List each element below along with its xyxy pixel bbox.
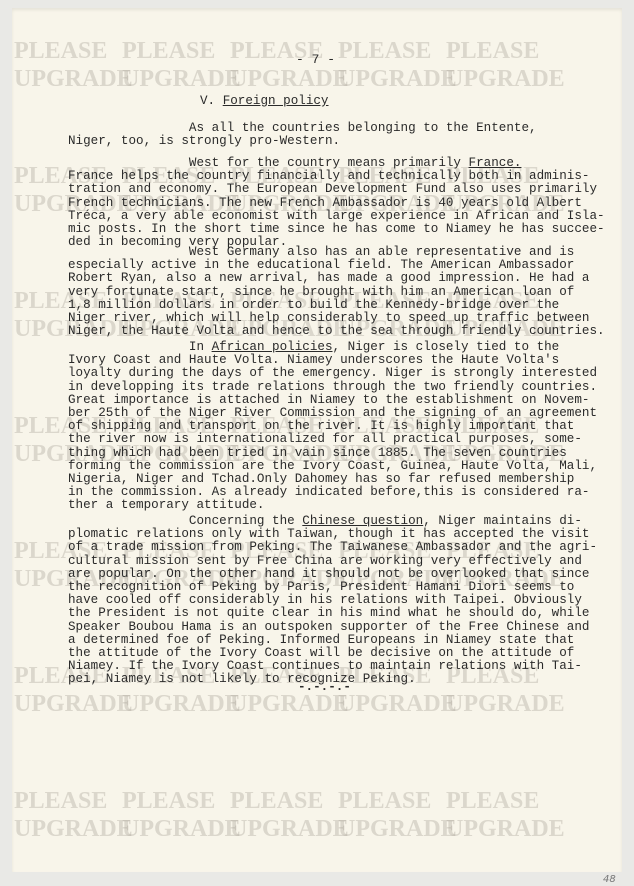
- paragraph-germany-usa: West Germany also has an able representa…: [68, 246, 628, 338]
- text-line: Speaker Boubou Hama is an outspoken supp…: [68, 621, 628, 634]
- text-segment: In: [68, 340, 212, 354]
- text-segment: Concerning the: [68, 514, 302, 528]
- text-line: of a trade mission from Peking. The Taiw…: [68, 541, 628, 554]
- text-line: Robert Ryan, also a new arrival, has mad…: [68, 272, 628, 285]
- page-number: - 7 -: [296, 53, 335, 66]
- underlined-term-chinese-question: Chinese question: [302, 514, 423, 528]
- underlined-term-african-policies: African policies: [212, 340, 333, 354]
- text-line: loyalty during the days of the emergency…: [68, 367, 628, 380]
- paragraph-chinese-question: Concerning the Chinese question, Niger m…: [68, 515, 628, 687]
- end-separator: -.-.-.-: [298, 681, 351, 694]
- text-segment: , Niger maintains di-: [423, 514, 582, 528]
- text-line: very fortunate start, since he brought w…: [68, 286, 628, 299]
- section-numeral: V.: [200, 94, 223, 108]
- text-line: the river now is internationalized for a…: [68, 433, 628, 446]
- section-heading: V. Foreign policy: [200, 95, 329, 108]
- text-line: the President is not quite clear in his …: [68, 607, 628, 620]
- underlined-term-france: France.: [469, 156, 522, 170]
- text-line: thing which had been tried in vain since…: [68, 447, 628, 460]
- text-line: in developping its trade relations throu…: [68, 381, 628, 394]
- text-line: cultural mission sent by Free China are …: [68, 555, 628, 568]
- paragraph-african-policies: In African policies, Niger is closely ti…: [68, 341, 628, 513]
- section-title: Foreign policy: [223, 94, 329, 108]
- text-segment: , Niger is closely tied to the: [333, 340, 560, 354]
- text-line: French technicians. The new French Ambas…: [68, 197, 628, 210]
- paragraph-entente: As all the countries belonging to the En…: [68, 122, 628, 148]
- text-line: tration and economy. The European Develo…: [68, 183, 628, 196]
- text-line: ther a temporary attitude.: [68, 499, 628, 512]
- archive-page-number: 48: [603, 873, 616, 886]
- text-line: Niger, too, is strongly pro-Western.: [68, 135, 628, 148]
- paragraph-france: West for the country means primarily Fra…: [68, 157, 628, 249]
- text-line: Niger, the Haute Volta and hence to the …: [68, 325, 628, 338]
- text-segment: West for the country means primarily: [68, 156, 469, 170]
- typewritten-document: - 7 - V. Foreign policy As all the count…: [0, 0, 634, 886]
